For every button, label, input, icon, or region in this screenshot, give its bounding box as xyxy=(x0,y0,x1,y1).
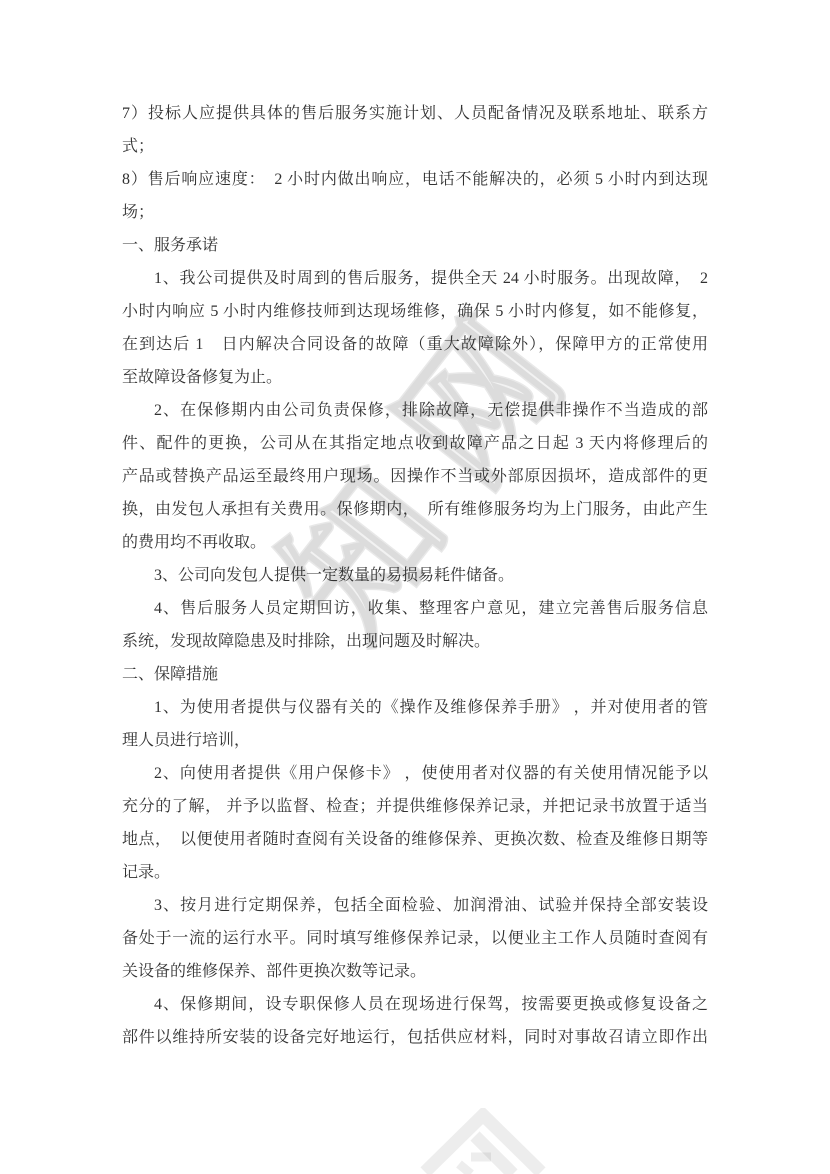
text-line: 产品或替换产品运至最终用户现场。因操作不当或外部原因损坏，造成部件的更 xyxy=(122,460,708,493)
text-line: 4、保修期间，设专职保修人员在现场进行保驾，按需要更换或修复设备之 xyxy=(122,988,708,1021)
document-content: 7）投标人应提供具体的售后服务实施计划、人员配备情况及联系地址、联系方式；8）售… xyxy=(122,97,708,1054)
text-line: 换，由发包人承担有关费用。保修期内， 所有维修服务均为上门服务，由此产生 xyxy=(122,493,708,526)
paragraph: 4、保修期间，设专职保修人员在现场进行保驾，按需要更换或修复设备之部件以维持所安… xyxy=(122,988,708,1054)
text-line: 在到达后 1 日内解决合同设备的故障（重大故障除外），保障甲方的正常使用 xyxy=(122,328,708,361)
text-line: 3、公司向发包人提供一定数量的易损易耗件储备。 xyxy=(122,559,708,592)
text-line: 充分的了解， 并予以监督、检查；并提供维修保养记录，并把记录书放置于适当 xyxy=(122,790,708,823)
paragraph: 1、我公司提供及时周到的售后服务，提供全天 24 小时服务。出现故障， 2小时内… xyxy=(122,262,708,394)
text-line: 小时内响应 5 小时内维修技师到达现场维修，确保 5 小时内修复，如不能修复， xyxy=(122,295,708,328)
text-line: 备处于一流的运行水平。同时填写维修保养记录，以便业主工作人员随时查阅有 xyxy=(122,922,708,955)
paragraph: 2、向使用者提供《用户保修卡》 ，使使用者对仪器的有关使用情况能予以充分的了解，… xyxy=(122,757,708,889)
text-line: 关设备的维修保养、部件更换次数等记录。 xyxy=(122,955,708,988)
text-line: 2、在保修期内由公司负责保修，排除故障，无偿提供非操作不当造成的部 xyxy=(122,394,708,427)
document-page: 知网 7）投标人应提供具体的售后服务实施计划、人员配备情况及联系地址、联系方式；… xyxy=(0,0,830,1174)
text-line: 式； xyxy=(122,130,708,163)
text-line: 1、为使用者提供与仪器有关的《操作及维修保养手册》 ，并对使用者的管 xyxy=(122,691,708,724)
text-line: 件、配件的更换，公司从在其指定地点收到故障产品之日起 3 天内将修理后的 xyxy=(122,427,708,460)
paragraph: 3、按月进行定期保养，包括全面检验、加润滑油、试验并保持全部安装设备处于一流的运… xyxy=(122,889,708,988)
text-line: 二、保障措施 xyxy=(122,658,708,691)
paragraph: 3、公司向发包人提供一定数量的易损易耗件储备。 xyxy=(122,559,708,592)
paragraph: 1、为使用者提供与仪器有关的《操作及维修保养手册》 ，并对使用者的管理人员进行培… xyxy=(122,691,708,757)
paragraph: 4、售后服务人员定期回访，收集、整理客户意见，建立完善售后服务信息系统，发现故障… xyxy=(122,592,708,658)
text-line: 2、向使用者提供《用户保修卡》 ，使使用者对仪器的有关使用情况能予以 xyxy=(122,757,708,790)
text-line: 部件以维持所安装的设备完好地运行，包括供应材料，同时对事故召请立即作出 xyxy=(122,1021,708,1054)
text-line: 一、服务承诺 xyxy=(122,229,708,262)
section-heading: 一、服务承诺 xyxy=(122,229,708,262)
paragraph: 8）售后响应速度： 2 小时内做出响应，电话不能解决的，必须 5 小时内到达现场… xyxy=(122,163,708,229)
text-line: 4、售后服务人员定期回访，收集、整理客户意见，建立完善售后服务信息 xyxy=(122,592,708,625)
text-line: 系统，发现故障隐患及时排除，出现问题及时解决。 xyxy=(122,625,708,658)
text-line: 8）售后响应速度： 2 小时内做出响应，电话不能解决的，必须 5 小时内到达现 xyxy=(122,163,708,196)
text-line: 3、按月进行定期保养，包括全面检验、加润滑油、试验并保持全部安装设 xyxy=(122,889,708,922)
watermark-logo-fragment xyxy=(415,1108,555,1174)
text-line: 1、我公司提供及时周到的售后服务，提供全天 24 小时服务。出现故障， 2 xyxy=(122,262,708,295)
paragraph: 7）投标人应提供具体的售后服务实施计划、人员配备情况及联系地址、联系方式； xyxy=(122,97,708,163)
text-line: 的费用均不再收取。 xyxy=(122,526,708,559)
paragraph: 2、在保修期内由公司负责保修，排除故障，无偿提供非操作不当造成的部件、配件的更换… xyxy=(122,394,708,559)
text-line: 地点， 以便使用者随时查阅有关设备的维修保养、更换次数、检查及维修日期等 xyxy=(122,823,708,856)
text-line: 7）投标人应提供具体的售后服务实施计划、人员配备情况及联系地址、联系方 xyxy=(122,97,708,130)
text-line: 场； xyxy=(122,196,708,229)
section-heading: 二、保障措施 xyxy=(122,658,708,691)
text-line: 至故障设备修复为止。 xyxy=(122,361,708,394)
text-line: 记录。 xyxy=(122,856,708,889)
text-line: 理人员进行培训， xyxy=(122,724,708,757)
